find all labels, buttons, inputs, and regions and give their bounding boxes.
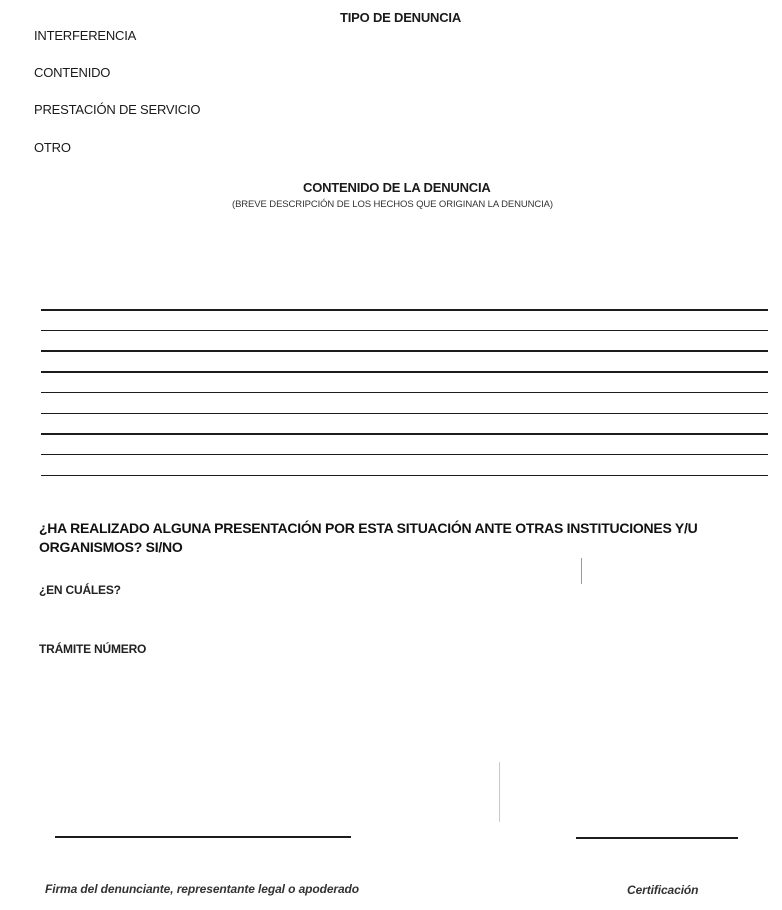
which-institutions-label: ¿EN CUÁLES? <box>39 583 121 597</box>
description-line[interactable] <box>41 330 768 332</box>
complaint-content-title: CONTENIDO DE LA DENUNCIA <box>303 180 491 195</box>
description-line[interactable] <box>41 392 768 394</box>
scan-mark <box>499 762 500 822</box>
description-line[interactable] <box>41 433 768 435</box>
certification-label: Certificación <box>627 883 698 897</box>
complainant-signature-line[interactable] <box>55 836 351 838</box>
complaint-type-option[interactable]: CONTENIDO <box>34 65 110 80</box>
description-line[interactable] <box>41 475 768 477</box>
complaint-type-option[interactable]: OTRO <box>34 140 71 155</box>
description-line[interactable] <box>41 454 768 456</box>
description-line[interactable] <box>41 350 768 352</box>
other-institutions-question: ¿HA REALIZADO ALGUNA PRESENTACIÓN POR ES… <box>39 519 698 538</box>
complaint-content-subtitle: (BREVE DESCRIPCIÓN DE LOS HECHOS QUE ORI… <box>232 199 553 210</box>
complaint-type-option[interactable]: INTERFERENCIA <box>34 28 136 43</box>
other-institutions-question-continued[interactable]: ORGANISMOS? SI/NO <box>39 538 183 557</box>
procedure-number-label: TRÁMITE NÚMERO <box>39 642 146 656</box>
description-line[interactable] <box>41 309 768 311</box>
description-line[interactable] <box>41 371 768 373</box>
complaint-type-option[interactable]: PRESTACIÓN DE SERVICIO <box>34 102 200 117</box>
description-line[interactable] <box>41 413 768 415</box>
complaint-type-title: TIPO DE DENUNCIA <box>340 10 461 25</box>
complainant-signature-label: Firma del denunciante, representante leg… <box>45 882 359 896</box>
scan-mark <box>581 558 582 584</box>
certification-signature-line[interactable] <box>576 837 738 839</box>
